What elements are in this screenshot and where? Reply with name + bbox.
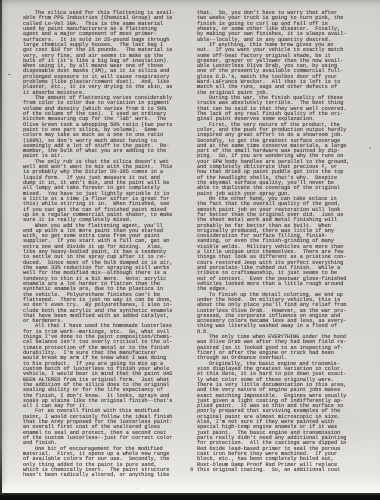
paragraph: that. So, you don't have to worry that a… — [197, 11, 374, 43]
paragraph: The silica used for this flattening is a… — [23, 11, 193, 96]
paragraph: For an overall finish with this modified… — [23, 409, 193, 446]
paragraph: To finish up the detail coloring, we end… — [197, 293, 374, 336]
paragraph: The amount of flattening varies consider… — [23, 96, 193, 160]
page-number: 6 — [190, 466, 193, 473]
right-text-column: that. So, you don't have to worry that a… — [197, 11, 374, 473]
paragraph: When you add the flattening agent, you'l… — [23, 224, 193, 325]
scan-speckle — [12, 66, 13, 67]
scan-speckle — [136, 488, 138, 489]
scanned-document-page: The silica used for this flattening is a… — [0, 0, 380, 500]
scan-edge-bottom — [0, 493, 380, 500]
paragraph: Originally, the basic engine and transmi… — [197, 362, 374, 474]
scan-speckle — [8, 74, 11, 75]
left-text-column: The silica used for this flattening is a… — [23, 11, 193, 479]
paragraph: First, the very nature of the product, t… — [197, 123, 374, 197]
paragraph: On the other hand, you can take solace i… — [197, 197, 374, 293]
scan-speckle — [369, 147, 371, 149]
scan-glare — [0, 480, 380, 493]
paragraph: During the war, the finish quality of th… — [197, 96, 374, 123]
paragraph: The only rub is that the silica doesn't … — [23, 160, 193, 224]
paragraph: The only time when EVERYTHING under the … — [197, 335, 374, 362]
paragraph: All that I have used the homemade luster… — [23, 324, 193, 409]
paragraph: If anything, this home brew gives you an… — [197, 43, 374, 96]
paragraph: One bit of encouragement for the modifie… — [23, 447, 193, 479]
scan-edge-left — [0, 0, 2, 494]
